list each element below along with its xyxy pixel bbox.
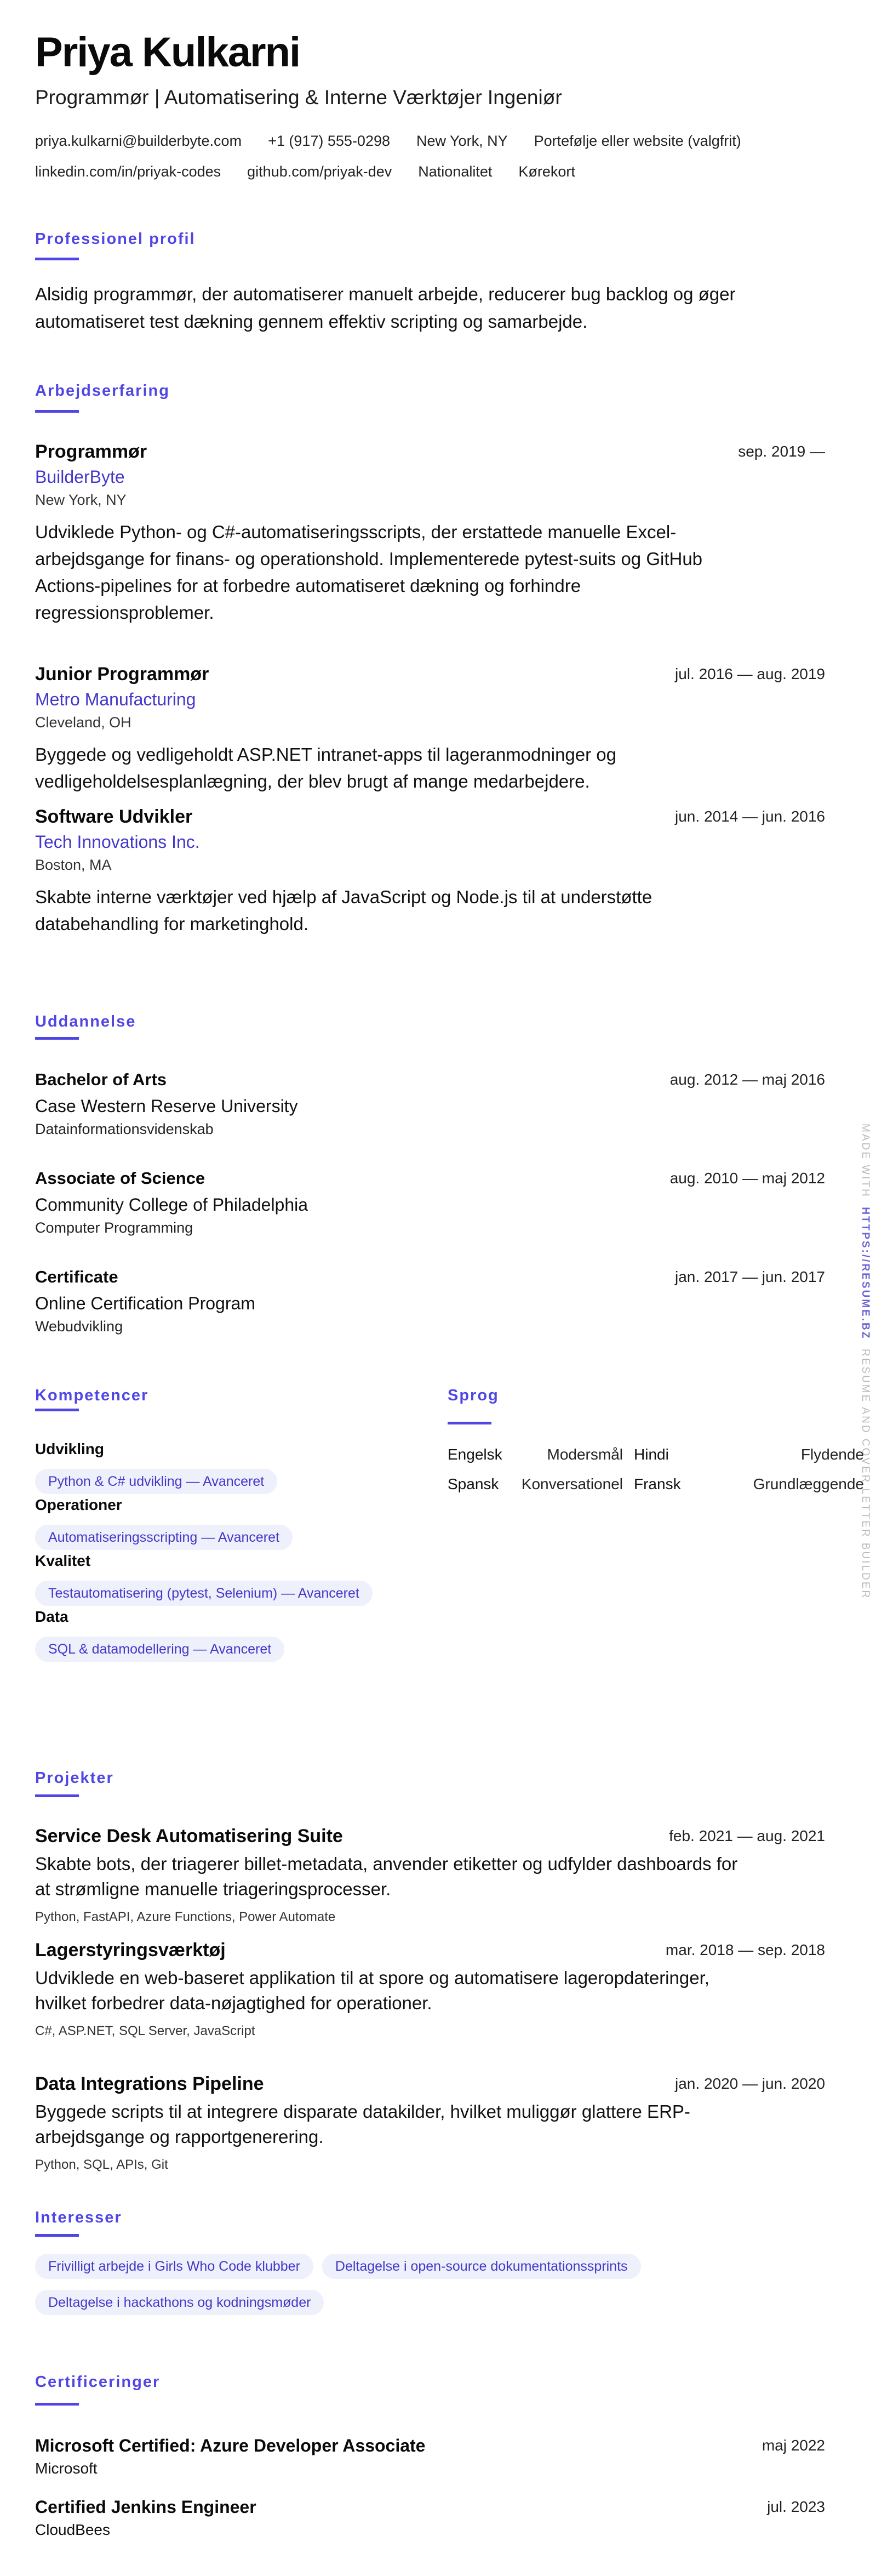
watermark-link[interactable]: HTTPS://RESUME.BZ: [860, 1207, 870, 1340]
project-dates: jan. 2020 — jun. 2020: [675, 2073, 825, 2095]
section-underline: [35, 2403, 79, 2406]
section-underline: [35, 2234, 79, 2237]
certification-entry: Microsoft Certified: Azure Developer Ass…: [35, 2435, 825, 2478]
job-title: Programmør: [35, 441, 825, 463]
language-name: Fransk: [634, 1475, 700, 1493]
contact-phone[interactable]: +1 (917) 555-0298: [268, 133, 390, 150]
section-underline: [35, 1037, 79, 1040]
job-description: Skabte interne værktøjer ved hjælp af Ja…: [35, 884, 747, 937]
interest-chip: Frivilligt arbejde i Girls Who Code klub…: [35, 2254, 313, 2279]
project-dates: feb. 2021 — aug. 2021: [669, 1825, 825, 1847]
certification-issuer: Microsoft: [35, 2459, 825, 2478]
language-level: Grundlæggende: [700, 1475, 864, 1493]
contact-location: New York, NY: [416, 133, 508, 150]
skill-chip: Automatiseringsscripting — Avanceret: [35, 1525, 293, 1550]
candidate-title: Programmør | Automatisering & Interne Væ…: [35, 87, 562, 109]
job-company: Tech Innovations Inc.: [35, 831, 825, 853]
contact-nationality: Nationalitet: [418, 163, 492, 180]
section-underline: [35, 258, 79, 260]
field-of-study: Computer Programming: [35, 1218, 825, 1238]
interests-list: Frivilligt arbejde i Girls Who Code klub…: [35, 2254, 692, 2315]
language-name: Engelsk: [448, 1446, 508, 1463]
language-level: Konversationel: [508, 1475, 623, 1493]
field-of-study: Webudvikling: [35, 1317, 825, 1336]
experience-entry: Junior Programmør jul. 2016 — aug. 2019 …: [35, 663, 825, 795]
language-name: Hindi: [634, 1446, 700, 1463]
skill-group-title: Kvalitet: [35, 1552, 90, 1570]
project-entry: Service Desk Automatisering Suite feb. 2…: [35, 1825, 825, 1926]
project-description: Byggede scripts til at integrere dispara…: [35, 2099, 747, 2150]
job-description: Udviklede Python- og C#-automatiseringss…: [35, 518, 747, 626]
skill-group-title: Data: [35, 1608, 68, 1626]
section-heading-experience: Arbejdserfaring: [35, 382, 170, 400]
project-description: Udviklede en web-baseret applikation til…: [35, 1965, 747, 2016]
interest-chip: Deltagelse i hackathons og kodningsmøder: [35, 2290, 324, 2315]
project-dates: mar. 2018 — sep. 2018: [666, 1939, 825, 1961]
certification-name: Certified Jenkins Engineer: [35, 2496, 825, 2518]
project-entry: Data Integrations Pipeline jan. 2020 — j…: [35, 2073, 825, 2174]
project-tech: Python, SQL, APIs, Git: [35, 2156, 825, 2174]
watermark-prefix: MADE WITH: [860, 1124, 870, 1198]
candidate-name: Priya Kulkarni: [35, 32, 300, 73]
section-heading-languages: Sprog: [448, 1387, 499, 1405]
section-heading-certifications: Certificeringer: [35, 2373, 160, 2391]
section-heading-profile: Professionel profil: [35, 230, 196, 248]
language-level: Modersmål: [508, 1446, 623, 1463]
education-entry: Bachelor of Arts aug. 2012 — maj 2016 Ca…: [35, 1069, 825, 1139]
education-entry: Associate of Science aug. 2010 — maj 201…: [35, 1167, 825, 1238]
contact-website[interactable]: Portefølje eller website (valgfrit): [534, 133, 741, 150]
project-description: Skabte bots, der triagerer billet-metada…: [35, 1851, 747, 1902]
contact-row-1: priya.kulkarni@builderbyte.com +1 (917) …: [35, 133, 741, 150]
section-underline: [35, 1409, 79, 1411]
certification-date: maj 2022: [762, 2435, 825, 2457]
section-underline: [35, 410, 79, 413]
job-description: Byggede og vedligeholdt ASP.NET intranet…: [35, 741, 747, 795]
education-entry: Certificate jan. 2017 — jun. 2017 Online…: [35, 1266, 825, 1336]
school: Online Certification Program: [35, 1292, 825, 1314]
education-dates: aug. 2012 — maj 2016: [670, 1069, 825, 1091]
skill-chip: SQL & datamodellering — Avanceret: [35, 1637, 284, 1662]
job-dates: sep. 2019 —: [738, 441, 825, 463]
contact-linkedin[interactable]: linkedin.com/in/priyak-codes: [35, 163, 221, 180]
project-tech: C#, ASP.NET, SQL Server, JavaScript: [35, 2022, 825, 2040]
job-dates: jun. 2014 — jun. 2016: [675, 806, 825, 828]
job-location: Boston, MA: [35, 855, 825, 875]
job-dates: jul. 2016 — aug. 2019: [675, 663, 825, 685]
certification-date: jul. 2023: [767, 2496, 825, 2518]
interest-chip: Deltagelse i open-source dokumentationss…: [322, 2254, 641, 2279]
contact-email[interactable]: priya.kulkarni@builderbyte.com: [35, 133, 242, 150]
project-entry: Lagerstyringsværktøj mar. 2018 — sep. 20…: [35, 1939, 825, 2040]
watermark-suffix: RESUME AND COVER LETTER BUILDER: [860, 1349, 870, 1599]
section-heading-education: Uddannelse: [35, 1013, 136, 1031]
contact-row-2: linkedin.com/in/priyak-codes github.com/…: [35, 163, 575, 180]
skill-chip: Testautomatisering (pytest, Selenium) — …: [35, 1581, 373, 1606]
certification-name: Microsoft Certified: Azure Developer Ass…: [35, 2435, 825, 2457]
experience-entry: Programmør sep. 2019 — BuilderByte New Y…: [35, 441, 825, 626]
job-company: Metro Manufacturing: [35, 688, 825, 710]
education-dates: jan. 2017 — jun. 2017: [675, 1266, 825, 1288]
contact-drivers-license: Kørekort: [518, 163, 575, 180]
contact-github[interactable]: github.com/priyak-dev: [247, 163, 392, 180]
education-dates: aug. 2010 — maj 2012: [670, 1167, 825, 1189]
section-underline: [448, 1422, 491, 1424]
language-level: Flydende: [700, 1446, 864, 1463]
section-heading-projects: Projekter: [35, 1769, 114, 1787]
school: Community College of Philadelphia: [35, 1194, 825, 1216]
certification-entry: Certified Jenkins Engineer jul. 2023 Clo…: [35, 2496, 825, 2540]
languages-grid: Engelsk Modersmål Hindi Flydende Spansk …: [448, 1446, 864, 1493]
section-underline: [35, 1794, 79, 1797]
watermark: MADE WITH HTTPS://RESUME.BZ RESUME AND C…: [849, 1124, 870, 1599]
skill-chip: Python & C# udvikling — Avanceret: [35, 1469, 277, 1494]
language-name: Spansk: [448, 1475, 508, 1493]
job-location: New York, NY: [35, 490, 825, 510]
experience-entry: Software Udvikler jun. 2014 — jun. 2016 …: [35, 806, 825, 937]
job-company: BuilderByte: [35, 466, 825, 488]
job-location: Cleveland, OH: [35, 713, 825, 732]
school: Case Western Reserve University: [35, 1095, 825, 1117]
project-tech: Python, FastAPI, Azure Functions, Power …: [35, 1908, 825, 1926]
skill-group-title: Udvikling: [35, 1440, 104, 1458]
section-heading-skills: Kompetencer: [35, 1387, 148, 1405]
skill-group-title: Operationer: [35, 1496, 122, 1514]
section-heading-interests: Interesser: [35, 2209, 122, 2227]
certification-issuer: CloudBees: [35, 2520, 825, 2540]
profile-summary: Alsidig programmør, der automatiserer ma…: [35, 281, 791, 335]
field-of-study: Datainformationsvidenskab: [35, 1119, 825, 1139]
